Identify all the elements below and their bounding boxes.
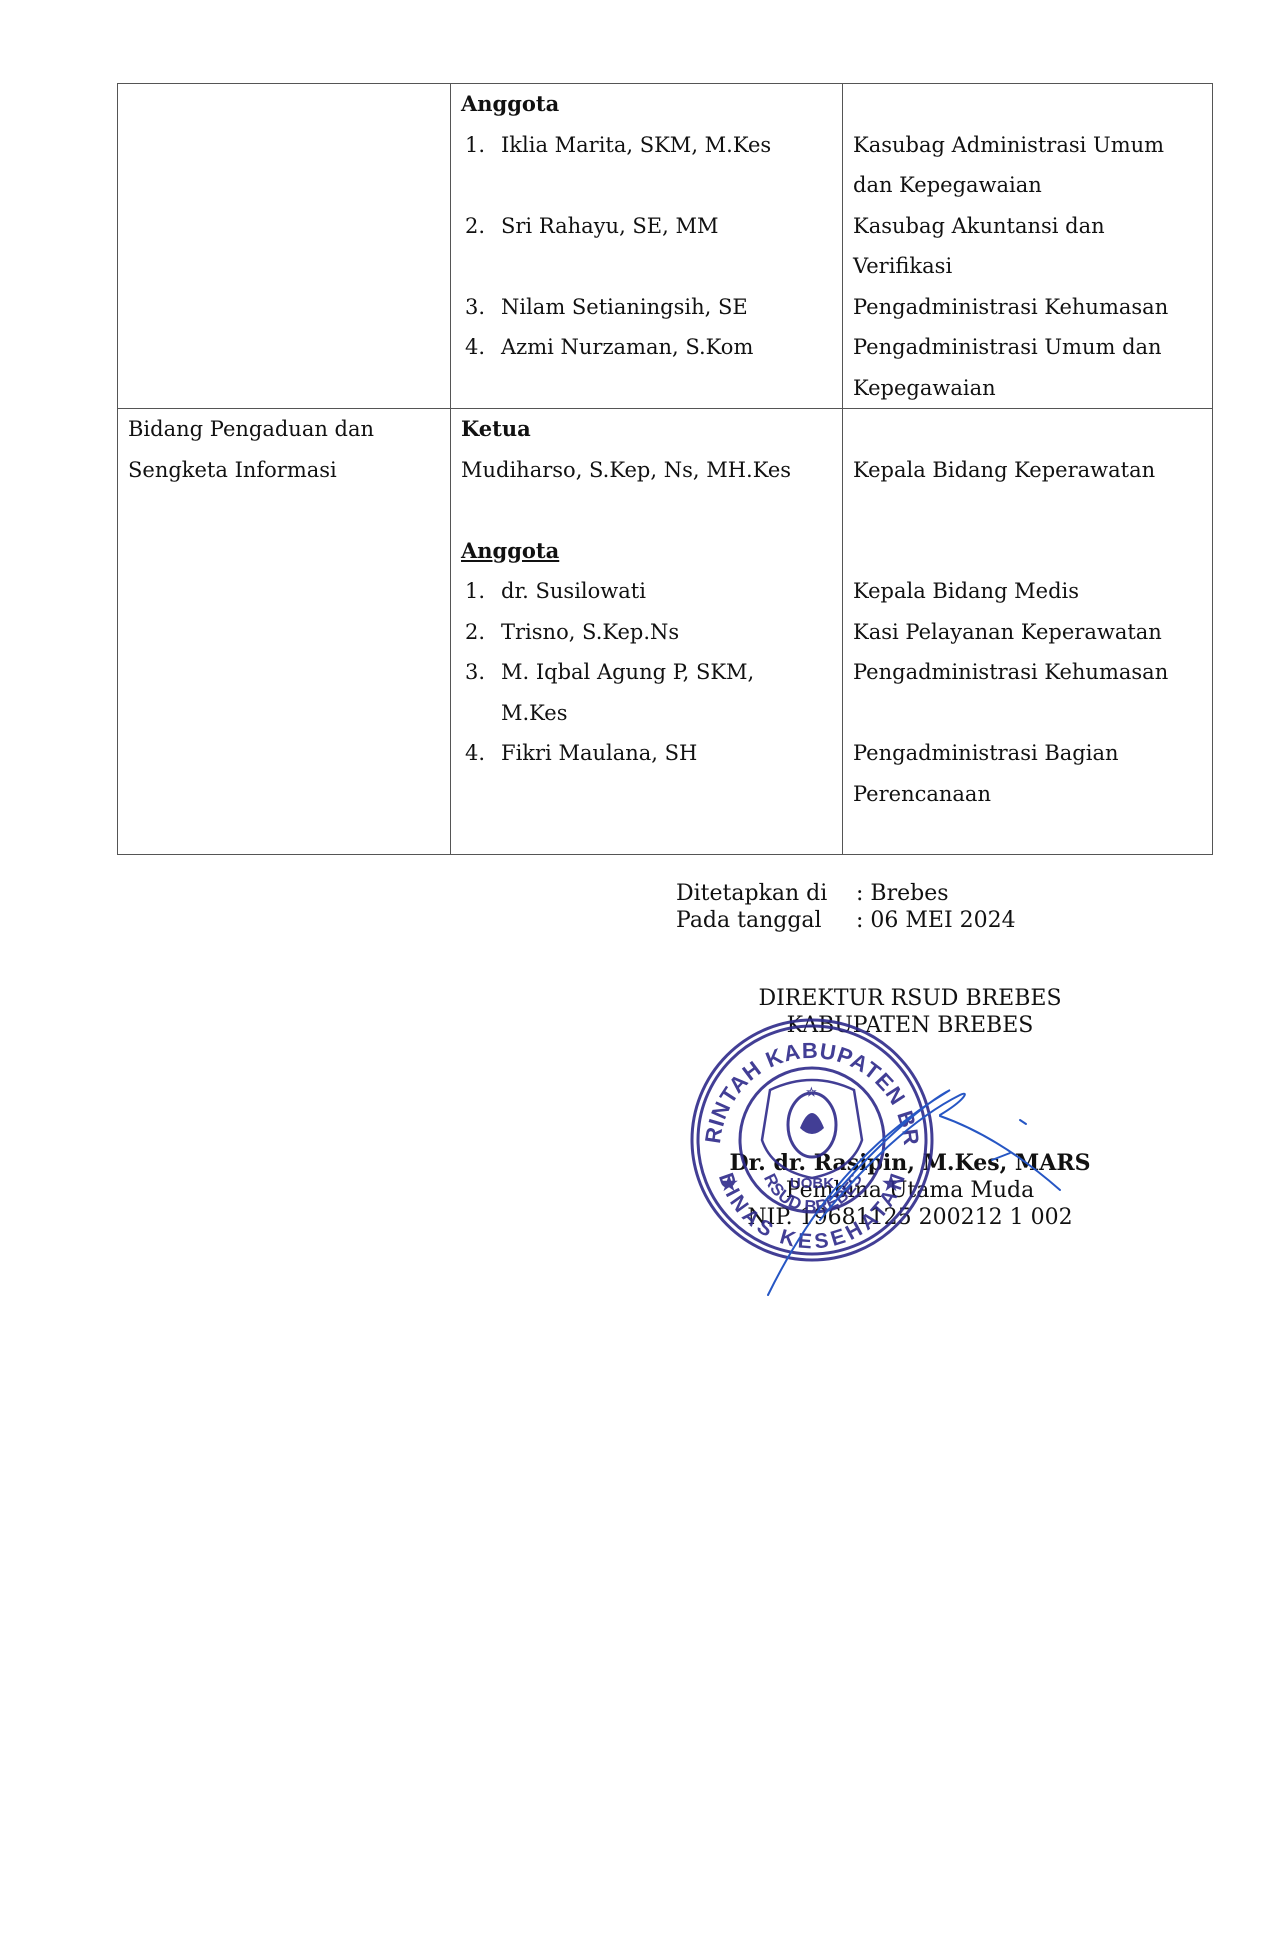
chair-name: Mudiharso, S.Kep, Ns, MH.Kes: [461, 450, 832, 491]
member-position: Verifikasi: [853, 246, 1202, 287]
members-cell: Anggota 1.Iklia Marita, SKM, M.Kes 2.Sri…: [451, 84, 843, 409]
member-name: Nilam Setianingsih, SE: [501, 287, 832, 328]
member-number: 4.: [461, 733, 501, 774]
signatory-title-line: DIREKTUR RSUD BREBES: [690, 985, 1130, 1012]
table-row: Anggota 1.Iklia Marita, SKM, M.Kes 2.Sri…: [118, 84, 1213, 409]
member-item: 1.dr. Susilowati: [461, 571, 832, 612]
chair-label: Ketua: [461, 409, 832, 450]
member-number: 2.: [461, 206, 501, 247]
member-position: Pengadministrasi Kehumasan: [853, 287, 1202, 328]
member-name: Azmi Nurzaman, S.Kom: [501, 327, 832, 368]
member-name: M.Kes: [501, 693, 832, 734]
committee-table: Anggota 1.Iklia Marita, SKM, M.Kes 2.Sri…: [117, 83, 1213, 855]
member-position: Pengadministrasi Kehumasan: [853, 652, 1202, 693]
member-number: 4.: [461, 327, 501, 368]
member-item: 2.Trisno, S.Kep.Ns: [461, 612, 832, 653]
field-name: Sengketa Informasi: [128, 450, 440, 491]
members-label: Anggota: [461, 84, 832, 125]
positions-cell: Kasubag Administrasi Umum dan Kepegawaia…: [843, 84, 1213, 409]
member-number: 1.: [461, 125, 501, 166]
signatory-name: Dr. dr. Rasipin, M.Kes, MARS: [700, 1150, 1120, 1177]
field-cell: [118, 84, 451, 409]
members-cell: Ketua Mudiharso, S.Kep, Ns, MH.Kes Anggo…: [451, 409, 843, 855]
member-number: 3.: [461, 287, 501, 328]
member-item: 4.Azmi Nurzaman, S.Kom: [461, 327, 832, 368]
signatory-title: DIREKTUR RSUD BREBES KABUPATEN BREBES: [690, 985, 1130, 1039]
member-position: dan Kepegawaian: [853, 165, 1202, 206]
date-value: : 06 MEI 2024: [856, 907, 1016, 934]
positions-cell: Kepala Bidang Keperawatan Kepala Bidang …: [843, 409, 1213, 855]
member-position: Kasi Pelayanan Keperawatan: [853, 612, 1202, 653]
member-item: 3.Nilam Setianingsih, SE: [461, 287, 832, 328]
member-number: 3.: [461, 652, 501, 693]
member-position: Kepala Bidang Medis: [853, 571, 1202, 612]
member-position: Kasubag Akuntansi dan: [853, 206, 1202, 247]
member-name: Trisno, S.Kep.Ns: [501, 612, 832, 653]
member-item: 2.Sri Rahayu, SE, MM: [461, 206, 832, 247]
member-item-continued: M.Kes: [461, 693, 832, 734]
place-label: Ditetapkan di: [676, 880, 856, 907]
member-number: 2.: [461, 612, 501, 653]
signing-meta: Ditetapkan di: Brebes Pada tanggal: 06 M…: [676, 880, 1016, 934]
table-row: Bidang Pengaduan dan Sengketa Informasi …: [118, 409, 1213, 855]
member-name: Fikri Maulana, SH: [501, 733, 832, 774]
member-number: 1.: [461, 571, 501, 612]
field-name: Bidang Pengaduan dan: [128, 409, 440, 450]
signatory-title-line: KABUPATEN BREBES: [690, 1012, 1130, 1039]
member-position: Kepegawaian: [853, 368, 1202, 409]
chair-position: Kepala Bidang Keperawatan: [853, 450, 1202, 491]
signatory-rank: Pembina Utama Muda: [700, 1177, 1120, 1204]
field-cell: Bidang Pengaduan dan Sengketa Informasi: [118, 409, 451, 855]
member-name: Iklia Marita, SKM, M.Kes: [501, 125, 832, 166]
member-name: M. Iqbal Agung P, SKM,: [501, 652, 832, 693]
official-stamp-icon: PEMERINTAH KABUPATEN BREBES DINAS KESEHA…: [682, 1010, 942, 1270]
member-name: Sri Rahayu, SE, MM: [501, 206, 832, 247]
members-label: Anggota: [461, 531, 832, 572]
member-position: Kasubag Administrasi Umum: [853, 125, 1202, 166]
member-item: 1.Iklia Marita, SKM, M.Kes: [461, 125, 832, 166]
signatory-nip: NIP. 19681125 200212 1 002: [700, 1204, 1120, 1231]
svg-text:☆: ☆: [806, 1085, 817, 1099]
member-name: dr. Susilowati: [501, 571, 832, 612]
member-position: Pengadministrasi Umum dan: [853, 327, 1202, 368]
signatory-identity: Dr. dr. Rasipin, M.Kes, MARS Pembina Uta…: [700, 1150, 1120, 1231]
member-item: 4.Fikri Maulana, SH: [461, 733, 832, 774]
member-item: 3.M. Iqbal Agung P, SKM,: [461, 652, 832, 693]
date-label: Pada tanggal: [676, 907, 856, 934]
member-position: Perencanaan: [853, 774, 1202, 815]
member-position: Pengadministrasi Bagian: [853, 733, 1202, 774]
place-value: : Brebes: [856, 880, 949, 907]
